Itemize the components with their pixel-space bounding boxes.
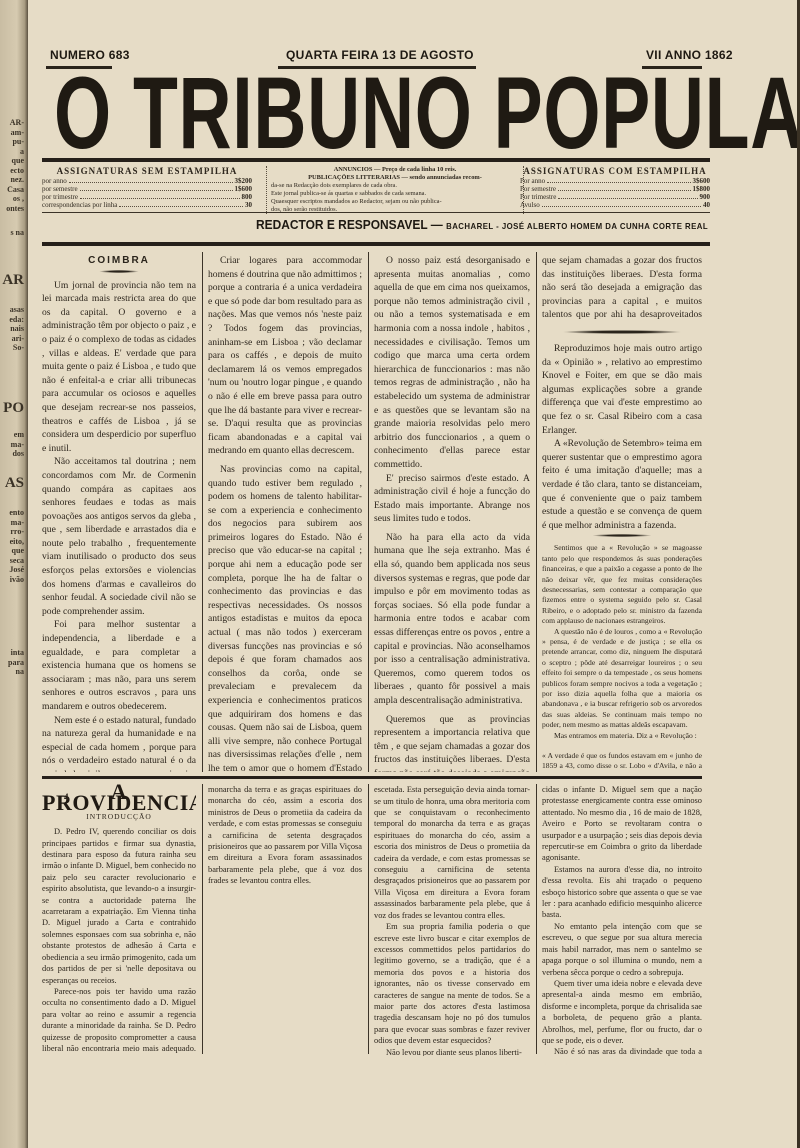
quotation: « A verdade é que os fundos estavam em «…	[542, 751, 702, 772]
price-row: correspondencias por linha30	[42, 201, 252, 209]
previous-page-bleed: AR-am-pu-aqueectonez.Casaos ,ontes s na …	[0, 0, 28, 1148]
price-value: 3$600	[693, 177, 711, 185]
paragraph: Não levou por diante seus planos liberti…	[374, 1047, 530, 1056]
bleed-text-a: AR-am-pu-aqueectonez.Casaos ,ontes	[0, 118, 24, 213]
price-value: 40	[703, 201, 710, 209]
subscriptions-with-stamp: ASSIGNATURAS COM ESTAMPILHA Por anno3$60…	[520, 167, 710, 209]
column-rule	[536, 252, 537, 772]
bleed-text-b: s na	[0, 228, 24, 238]
paragraph: A questão não é de louros , como a « Rev…	[542, 627, 702, 731]
bleed-text-d: emma-dos	[0, 430, 24, 459]
editor-label: REDACTOR E RESPONSAVEL —	[256, 217, 443, 232]
paragraph: Reproduzimos hoje mais outro artigo da «…	[542, 342, 702, 437]
paragraph: D. Pedro IV, querendo conciliar os dois …	[42, 826, 196, 986]
paragraph: Um jornal de provincia não tem na lei ma…	[42, 279, 196, 456]
bleed-text-c: asaseda:naisari-So-	[0, 305, 24, 353]
article-providencia-col4: cidas o infante D. Miguel sem que a naçã…	[542, 784, 702, 1056]
bleed-heading-1: AR	[0, 272, 24, 288]
paragraph: Não ha para ella acto da vida humana que…	[374, 531, 530, 708]
price-row: Avulso40	[520, 201, 710, 209]
paragraph: Parece-nos pois ter havido uma razão occ…	[42, 986, 196, 1056]
paragraph-continued: cidas o infante D. Miguel sem que a naçã…	[542, 784, 702, 864]
paragraph: O nosso paiz está desorganisado e aprese…	[374, 254, 530, 472]
rule	[42, 212, 710, 213]
article-coimbra-col2: Criar logares para accommodar homens é d…	[208, 254, 362, 772]
article-emprestimo-col: que sejam chamadas a gozar dos fructos d…	[542, 254, 702, 772]
paragraph: Foi para melhor sustentar a independenci…	[42, 618, 196, 713]
article-coimbra-col1: COIMBRA Um jornal de provincia não tem n…	[42, 254, 196, 772]
paragraph: Nas provincias como na capital, quando t…	[208, 463, 362, 772]
price-row: Por trimestre900	[520, 193, 710, 201]
price-row: por trimestre800	[42, 193, 252, 201]
price-row: Por semestre1$800	[520, 185, 710, 193]
price-row: por semestre1$600	[42, 185, 252, 193]
paragraph: E' preciso sairmos d'este estado. A admi…	[374, 472, 530, 526]
announcements-notice: ANNUNCIOS — Preço de cada linha 10 reis.…	[266, 166, 524, 214]
article-providencia-col3: malhado ou pedreiro-livre, epitheto semp…	[374, 784, 530, 1056]
paragraph: A «Revolução de Setembro» teima em quere…	[542, 437, 702, 532]
paragraph-continued: malhado ou pedreiro-livre, epitheto semp…	[374, 784, 530, 921]
price-label: correspondencias por linha	[42, 201, 117, 209]
column-rule	[368, 784, 369, 1054]
bleed-heading-3: AS	[0, 475, 24, 491]
small-type-block: Sentimos que a « Revolução » se magoasse…	[542, 543, 702, 772]
paragraph: Mas entramos em materia. Diz a « Revoluç…	[542, 731, 702, 741]
folhetim-rule	[42, 776, 702, 779]
paragraph: Em sua propria familia poderia o que esc…	[374, 921, 530, 1046]
price-row: por anno3$200	[42, 177, 252, 185]
price-label: Avulso	[520, 201, 540, 209]
subscriptions-without-stamp: ASSIGNATURAS SEM ESTAMPILHA por anno3$20…	[42, 167, 252, 209]
paragraph: A maior escala subiu então a perseguição…	[208, 784, 362, 887]
newspaper-page: NUMERO 683 QUARTA FEIRA 13 DE AGOSTO VII…	[28, 0, 800, 1148]
newspaper-title: O TRIBUNO POPULAR	[54, 70, 760, 156]
price-label: Por trimestre	[520, 193, 556, 201]
paragraph: Criar logares para accommodar homens é d…	[208, 254, 362, 458]
price-value: 30	[245, 201, 252, 209]
bleed-heading-2: PO	[0, 400, 24, 416]
editor-name: BACHAREL - JOSÉ ALBERTO HOMEM DA CUNHA C…	[446, 221, 708, 231]
subscriptions-heading: ASSIGNATURAS SEM ESTAMPILHA	[42, 167, 252, 175]
price-label: Por anno	[520, 177, 545, 185]
price-value: 1$600	[235, 185, 253, 193]
article-providencia-col2: Parece-nos pois ter havido uma razão occ…	[208, 784, 362, 1056]
paragraph: Não acceitamos tal doutrina ; nem concor…	[42, 455, 196, 618]
price-label: por anno	[42, 177, 67, 185]
ornament-rule	[592, 534, 652, 537]
paragraph: Não é só nas aras da divindade que toda …	[542, 1046, 702, 1056]
paragraph: Sentimos que a « Revolução » se magoasse…	[542, 543, 702, 626]
column-rule	[202, 252, 203, 772]
announcement-line: Quaesquer escriptos mandados ao Redactor…	[271, 198, 519, 206]
column-rule	[368, 252, 369, 772]
price-value: 1$800	[693, 185, 711, 193]
announcement-line: ANNUNCIOS — Preço de cada linha 10 reis.	[271, 166, 519, 174]
price-value: 900	[700, 193, 711, 201]
article-providencia-col1: A PROVIDENCIA INTRODUCÇÃO D. Pedro IV, q…	[42, 784, 196, 1056]
paragraph: Quem tiver uma ideia nobre e elevada dev…	[542, 978, 702, 1046]
feuilleton-number: 4	[64, 792, 69, 802]
price-value: 800	[242, 193, 253, 201]
announcement-line: PUBLICAÇÕES LITTERARIAS — sendo annuncia…	[271, 174, 519, 182]
announcement-line: Este jornal publica-se ás quartas e sabb…	[271, 190, 519, 198]
subscriptions-heading: ASSIGNATURAS COM ESTAMPILHA	[520, 167, 710, 175]
ornament-rule	[562, 330, 682, 334]
column-rule	[202, 784, 203, 1054]
price-label: por semestre	[42, 185, 78, 193]
price-value: 3$200	[235, 177, 253, 185]
paragraph: Estamos na aurora d'esse dia, no introit…	[542, 864, 702, 921]
paragraph: Queremos que as provincias representem a…	[374, 713, 530, 772]
masthead-rule	[42, 158, 710, 162]
bleed-text-e: entoma-rro-eito,quesecaJoséivão	[0, 508, 24, 584]
price-label: Por semestre	[520, 185, 556, 193]
price-row: Por anno3$600	[520, 177, 710, 185]
ornament-rule	[99, 270, 139, 273]
article-coimbra-col3: O nosso paiz está desorganisado e aprese…	[374, 254, 530, 772]
bleed-text-f: intaparana	[0, 648, 24, 677]
price-label: por trimestre	[42, 193, 78, 201]
paragraph: Nem este é o estado natural, fundado na …	[42, 714, 196, 772]
paragraph: No emtanto pela intenção com que se escr…	[542, 921, 702, 978]
header-bottom-rule	[42, 242, 710, 246]
section-heading-coimbra: COIMBRA	[42, 254, 196, 268]
announcement-line: da-se na Redacção dois exemplares de cad…	[271, 182, 519, 190]
column-rule	[536, 784, 537, 1054]
paragraph-continued: que sejam chamadas a gozar dos fructos d…	[542, 254, 702, 322]
editor-line: REDACTOR E RESPONSAVEL — BACHAREL - JOSÉ…	[256, 217, 708, 232]
